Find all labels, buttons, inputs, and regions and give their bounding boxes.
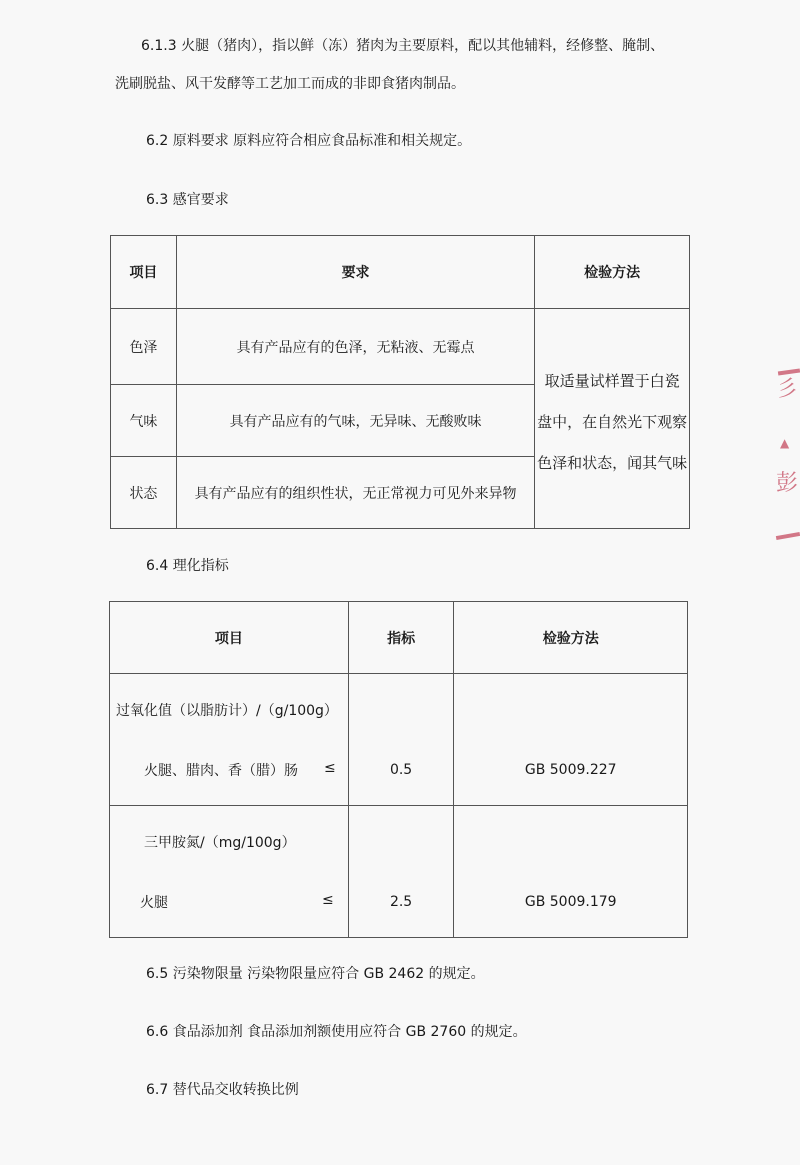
- red-seal-stamp-fragment: 彡 ▲ 彭: [774, 368, 800, 548]
- section-6-2: 6.2 原料要求 原料应符合相应食品标准和相关规定。: [146, 131, 471, 151]
- header-requirement: 要求: [176, 236, 534, 309]
- table-header-row: 项目 指标 检验方法: [110, 602, 688, 674]
- method-cell: GB 5009.227: [454, 674, 688, 806]
- row-item-odor: 气味: [111, 385, 177, 457]
- item-subcategory: 火腿: [140, 892, 168, 912]
- row-requirement-state: 具有产品应有的组织性状，无正常视力可见外来异物: [176, 457, 534, 529]
- value-cell: 2.5: [348, 806, 454, 938]
- header-method: 检验方法: [535, 236, 690, 309]
- method-line-3: 色泽和状态，闻其气味: [537, 452, 687, 473]
- table-header-row: 项目 要求 检验方法: [111, 236, 690, 309]
- item-title: 三甲胺氮/（mg/100g）: [144, 832, 334, 852]
- row-item-state: 状态: [111, 457, 177, 529]
- header-item: 项目: [110, 602, 349, 674]
- table-row: 色泽 具有产品应有的色泽，无粘液、无霉点 取适量试样置于白瓷 盘中，在自然光下观…: [111, 309, 690, 385]
- table-row: 过氧化值（以脂肪计）/（g/100g） 火腿、腊肉、香（腊）肠 ≤ 0.5 GB…: [110, 674, 688, 806]
- section-6-1-3-line1: 6.1.3 火腿（猪肉），指以鲜（冻）猪肉为主要原料，配以其他辅料，经修整、腌制…: [141, 36, 664, 56]
- item-subcategory: 火腿、腊肉、香（腊）肠: [144, 760, 298, 780]
- header-item: 项目: [111, 236, 177, 309]
- method: GB 5009.227: [454, 702, 687, 778]
- value-cell: 0.5: [348, 674, 454, 806]
- stamp-glyph: 彭: [776, 466, 798, 497]
- section-6-5: 6.5 污染物限量 污染物限量应符合 GB 2462 的规定。: [146, 964, 485, 984]
- section-6-6: 6.6 食品添加剂 食品添加剂额使用应符合 GB 2760 的规定。: [146, 1022, 527, 1042]
- method: GB 5009.179: [454, 834, 687, 910]
- table-row: 三甲胺氮/（mg/100g） 火腿 ≤ 2.5 GB 5009.179: [110, 806, 688, 938]
- row-item-color: 色泽: [111, 309, 177, 385]
- section-6-7-heading: 6.7 替代品交收转换比例: [146, 1080, 299, 1100]
- item-title: 过氧化值（以脂肪计）/（g/100g）: [116, 700, 336, 720]
- header-indicator: 指标: [348, 602, 454, 674]
- item-trimethylamine: 三甲胺氮/（mg/100g） 火腿 ≤: [110, 806, 349, 938]
- section-6-3-heading: 6.3 感官要求: [146, 190, 229, 210]
- operator: ≤: [322, 892, 334, 912]
- row-requirement-odor: 具有产品应有的气味，无异味、无酸败味: [176, 385, 534, 457]
- section-6-1-3-line2: 洗刷脱盐、风干发酵等工艺加工而成的非即食猪肉制品。: [115, 74, 465, 94]
- section-6-4-heading: 6.4 理化指标: [146, 556, 229, 576]
- method-line-1: 取适量试样置于白瓷: [545, 370, 680, 391]
- operator: ≤: [324, 760, 336, 780]
- stamp-glyph: ▲: [780, 436, 789, 450]
- value: 0.5: [349, 702, 454, 778]
- item-peroxide-value: 过氧化值（以脂肪计）/（g/100g） 火腿、腊肉、香（腊）肠 ≤: [110, 674, 349, 806]
- value: 2.5: [349, 834, 454, 910]
- row-requirement-color: 具有产品应有的色泽，无粘液、无霉点: [176, 309, 534, 385]
- stamp-glyph: 彡: [776, 372, 798, 403]
- sensory-requirements-table: 项目 要求 检验方法 色泽 具有产品应有的色泽，无粘液、无霉点 取适量试样置于白…: [110, 235, 690, 529]
- method-line-2: 盘中，在自然光下观察: [537, 411, 687, 432]
- header-method: 检验方法: [454, 602, 688, 674]
- physchem-indicators-table: 项目 指标 检验方法 过氧化值（以脂肪计）/（g/100g） 火腿、腊肉、香（腊…: [109, 601, 688, 938]
- method-cell: 取适量试样置于白瓷 盘中，在自然光下观察 色泽和状态，闻其气味: [535, 309, 690, 529]
- method-cell: GB 5009.179: [454, 806, 688, 938]
